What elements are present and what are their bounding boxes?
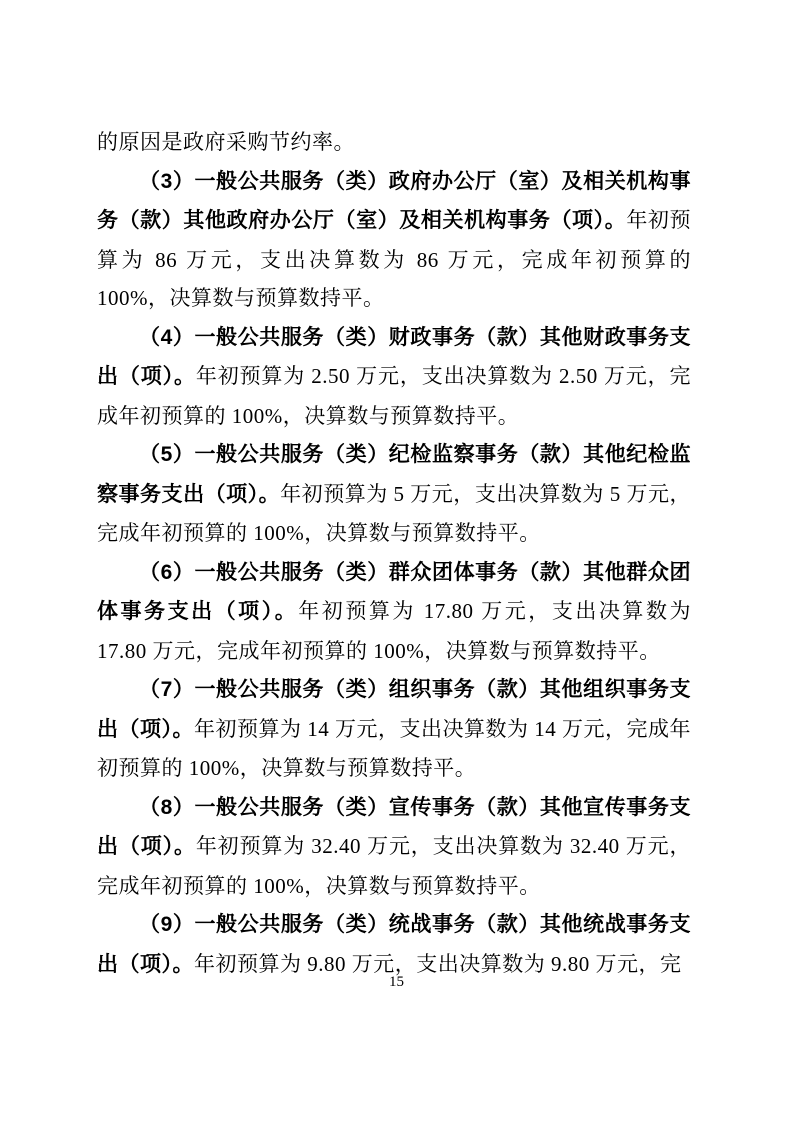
paragraph-continuation: 的原因是政府采购节约率。 — [97, 123, 691, 162]
paragraph-item-4: （4）一般公共服务（类）财政事务（款）其他财政事务支出（项）。年初预算为 2.5… — [97, 318, 691, 436]
paragraph-item-7: （7）一般公共服务（类）组织事务（款）其他组织事务支出（项）。年初预算为 14 … — [97, 670, 691, 788]
paragraph-heading-bold: （3）一般公共服务（类）政府办公厅（室）及相关机构事务（款）其他政府办公厅（室）… — [97, 170, 691, 233]
paragraph-item-9: （9）一般公共服务（类）统战事务（款）其他统战事务支出（项）。年初预算为 9.8… — [97, 905, 691, 984]
paragraph-item-5: （5）一般公共服务（类）纪检监察事务（款）其他纪检监察事务支出（项）。年初预算为… — [97, 435, 691, 553]
document-page: 的原因是政府采购节约率。 （3）一般公共服务（类）政府办公厅（室）及相关机构事务… — [0, 0, 793, 1122]
paragraph-body-text: 年初预算为 9.80 万元，支出决算数为 9.80 万元，完 — [194, 952, 682, 976]
paragraph-item-8: （8）一般公共服务（类）宣传事务（款）其他宣传事务支出（项）。年初预算为 32.… — [97, 788, 691, 906]
paragraph-body-text: 的原因是政府采购节约率。 — [97, 130, 355, 154]
paragraph-item-3: （3）一般公共服务（类）政府办公厅（室）及相关机构事务（款）其他政府办公厅（室）… — [97, 162, 691, 318]
document-body: 的原因是政府采购节约率。 （3）一般公共服务（类）政府办公厅（室）及相关机构事务… — [97, 123, 691, 984]
page-number: 15 — [0, 974, 793, 991]
paragraph-item-6: （6）一般公共服务（类）群众团体事务（款）其他群众团体事务支出（项）。年初预算为… — [97, 553, 691, 671]
